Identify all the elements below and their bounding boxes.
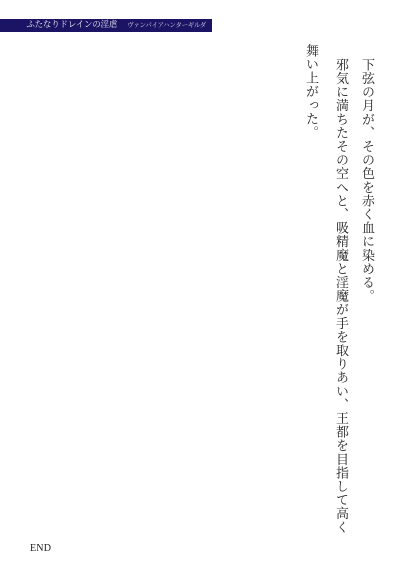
text-column-3: 舞い上がった。 [301,44,319,139]
text-column-2: 邪気に満ちたその空へと、吸精魔と淫魔が手を取りあい、王都を目指して高く [331,58,349,534]
book-title: ふたなりドレインの淫虐 [26,19,117,32]
text-column-1: 下弦の月が、その色を赤く血に染める。 [357,58,375,303]
chapter-subtitle: ヴァンパイアハンターギルダ [127,19,206,32]
end-marker: END [30,543,51,555]
chapter-header-banner: ふたなりドレインの淫虐 ヴァンパイアハンターギルダ [0,19,212,32]
